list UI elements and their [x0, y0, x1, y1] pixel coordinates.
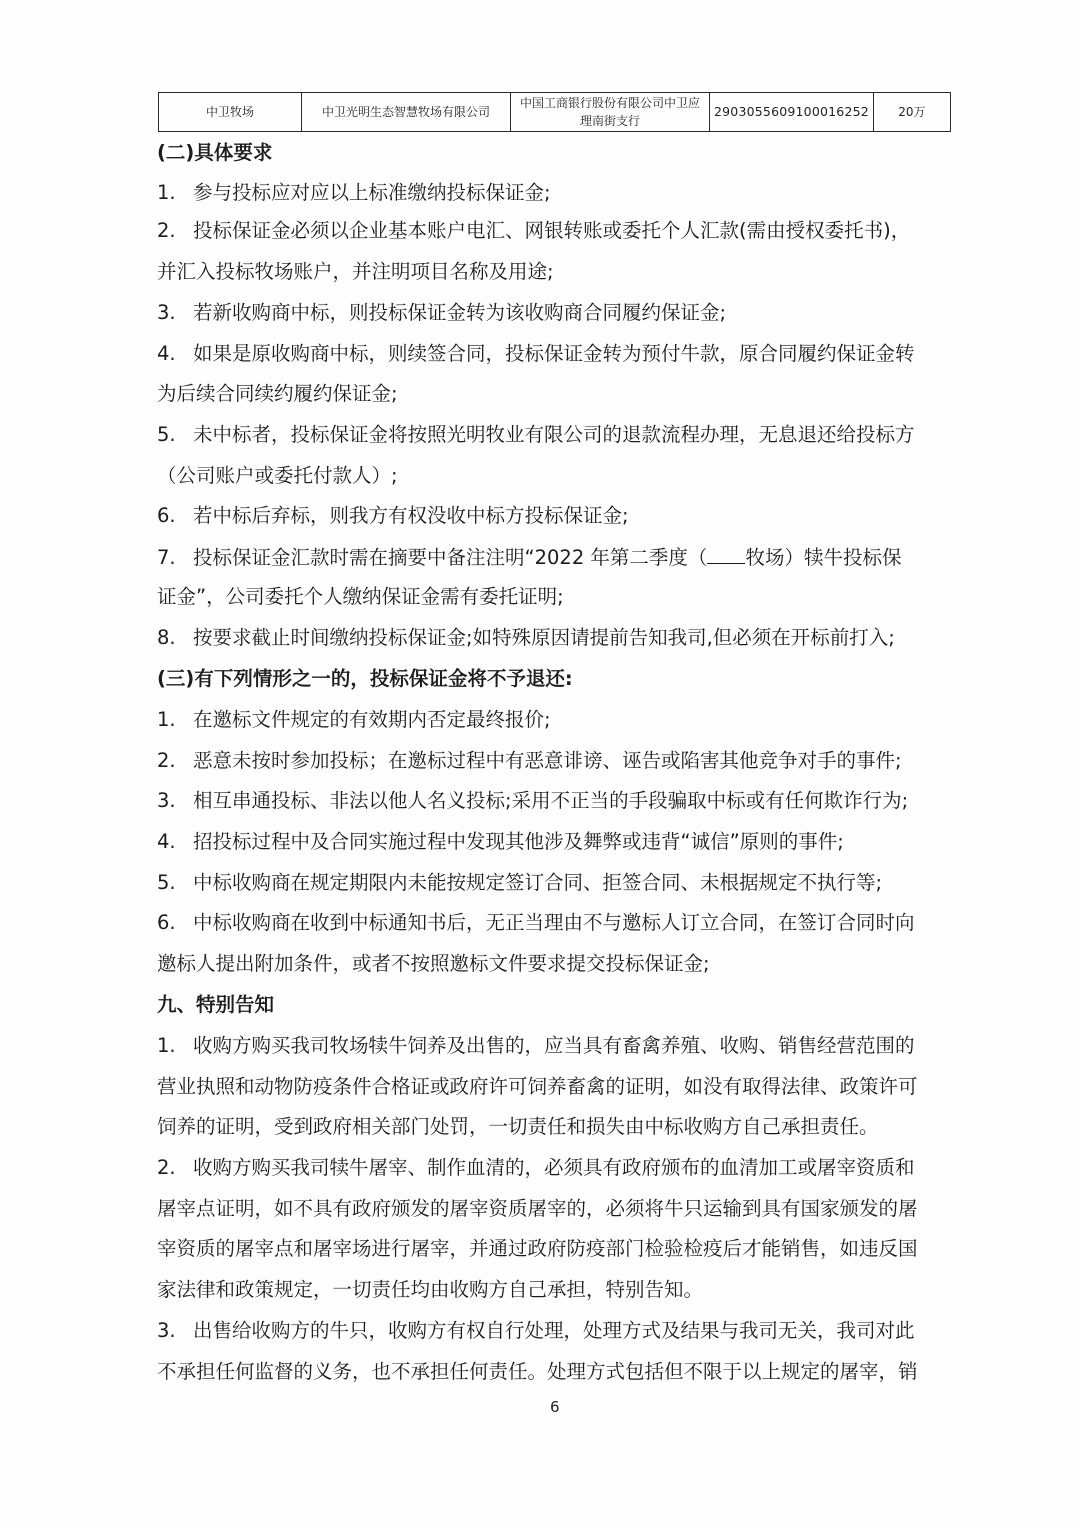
- item-text: 收购方购买我司犊牛屠宰、制作血清的，必须具有政府颁布的血清加工或屠宰资质和: [193, 1156, 915, 1179]
- list-item: 3.若新收购商中标，则投标保证金转为该收购商合同履约保证金;: [157, 301, 726, 325]
- list-item-continuation: 饲养的证明，受到政府相关部门处罚，一切责任和损失由中标收购方自己承担责任。: [157, 1115, 879, 1139]
- item-text: 如果是原收购商中标，则续签合同，投标保证金转为预付牛款，原合同履约保证金转: [193, 342, 915, 365]
- list-item-continuation: 不承担任何监督的义务，也不承担任何责任。处理方式包括但不限于以上规定的屠宰，销: [157, 1360, 918, 1384]
- bank-name-line2: 理南街支行: [515, 112, 705, 130]
- item-text: 收购方购买我司牧场犊牛饲养及出售的，应当具有畜禽养殖、收购、销售经营范围的: [193, 1034, 915, 1057]
- bank-cell: 中国工商银行股份有限公司中卫应 理南街支行: [511, 93, 710, 132]
- item-text: 中标收购商在规定期限内未能按规定签订合同、拒签合同、未根据规定不执行等;: [193, 871, 882, 894]
- item-text: 中标收购商在收到中标通知书后，无正当理由不与邀标人订立合同，在签订合同时向: [193, 911, 915, 934]
- item-number: 6.: [157, 911, 193, 935]
- item-number: 5.: [157, 871, 193, 895]
- item-text: 招投标过程中及合同实施过程中发现其他涉及舞弊或违背“诚信”原则的事件;: [193, 830, 844, 853]
- list-item-continuation: 证金”，公司委托个人缴纳保证金需有委托证明;: [157, 585, 564, 609]
- list-item: 8.按要求截止时间缴纳投标保证金;如特殊原因请提前告知我司,但必须在开标前打入;: [157, 626, 895, 650]
- list-item: 2.收购方购买我司犊牛屠宰、制作血清的，必须具有政府颁布的血清加工或屠宰资质和: [157, 1156, 915, 1180]
- list-item-continuation: 宰资质的屠宰点和屠宰场进行屠宰，并通过政府防疫部门检验检疫后才能销售，如违反国: [157, 1237, 918, 1261]
- list-item: 2.恶意未按时参加投标；在邀标过程中有恶意诽谤、诬告或陷害其他竞争对手的事件;: [157, 749, 902, 773]
- list-item: 3.出售给收购方的牛只，收购方有权自行处理，处理方式及结果与我司无关，我司对此: [157, 1319, 915, 1343]
- item-number: 3.: [157, 789, 193, 813]
- list-item: 4.招投标过程中及合同实施过程中发现其他涉及舞弊或违背“诚信”原则的事件;: [157, 830, 844, 854]
- item-text: 在邀标文件规定的有效期内否定最终报价;: [193, 708, 551, 731]
- page-number: 6: [550, 1398, 560, 1416]
- section-heading: (三)有下列情形之一的，投标保证金将不予退还:: [157, 667, 573, 691]
- item-text: 若新收购商中标，则投标保证金转为该收购商合同履约保证金;: [193, 301, 726, 324]
- item-text: 参与投标应对应以上标准缴纳投标保证金;: [193, 181, 551, 204]
- list-item: 7.投标保证金汇款时需在摘要中备注注明“2022 年第二季度（牧场）犊牛投标保: [157, 545, 901, 570]
- item-number: 1.: [157, 1034, 193, 1058]
- item-text: 相互串通投标、非法以他人名义投标;采用不正当的手段骗取中标或有任何欺诈行为;: [193, 789, 908, 812]
- list-item: 5.未中标者，投标保证金将按照光明牧业有限公司的退款流程办理，无息退还给投标方: [157, 423, 915, 447]
- fill-in-blank: [707, 545, 745, 564]
- item-number: 2.: [157, 1156, 193, 1180]
- item-number: 1.: [157, 181, 193, 205]
- item-number: 5.: [157, 423, 193, 447]
- list-item-continuation: （公司账户或委托付款人）;: [157, 464, 398, 488]
- item-text: 恶意未按时参加投标；在邀标过程中有恶意诽谤、诬告或陷害其他竞争对手的事件;: [193, 749, 902, 772]
- amount-cell: 20万: [873, 93, 950, 132]
- list-item-continuation: 邀标人提出附加条件，或者不按照邀标文件要求提交投标保证金;: [157, 952, 710, 976]
- item-text: 投标保证金必须以企业基本账户电汇、网银转账或委托个人汇款(需由授权委托书)，: [193, 219, 910, 242]
- account-cell: 2903055609100016252: [710, 93, 874, 132]
- item-text: 按要求截止时间缴纳投标保证金;如特殊原因请提前告知我司,但必须在开标前打入;: [193, 626, 895, 649]
- list-item: 1.在邀标文件规定的有效期内否定最终报价;: [157, 708, 551, 732]
- item-number: 4.: [157, 830, 193, 854]
- item-number: 6.: [157, 504, 193, 528]
- bank-account-table: 中卫牧场 中卫光明生态智慧牧场有限公司 中国工商银行股份有限公司中卫应 理南街支…: [158, 92, 951, 132]
- item-text: 牧场）犊牛投标保: [745, 546, 901, 569]
- item-number: 2.: [157, 749, 193, 773]
- list-item: 1.收购方购买我司牧场犊牛饲养及出售的，应当具有畜禽养殖、收购、销售经营范围的: [157, 1034, 915, 1058]
- list-item-continuation: 家法律和政策规定，一切责任均由收购方自己承担，特别告知。: [157, 1278, 703, 1302]
- bank-name-line1: 中国工商银行股份有限公司中卫应: [515, 94, 705, 112]
- list-item: 4.如果是原收购商中标，则续签合同，投标保证金转为预付牛款，原合同履约保证金转: [157, 342, 915, 366]
- item-number: 7.: [157, 546, 193, 570]
- farm-cell: 中卫牧场: [159, 93, 302, 132]
- table-row: 中卫牧场 中卫光明生态智慧牧场有限公司 中国工商银行股份有限公司中卫应 理南街支…: [159, 93, 951, 132]
- item-number: 3.: [157, 1319, 193, 1343]
- list-item: 5.中标收购商在规定期限内未能按规定签订合同、拒签合同、未根据规定不执行等;: [157, 871, 882, 895]
- list-item-continuation: 为后续合同续约履约保证金;: [157, 382, 398, 406]
- item-number: 8.: [157, 626, 193, 650]
- item-text: 若中标后弃标，则我方有权没收中标方投标保证金;: [193, 504, 629, 527]
- list-item-continuation: 并汇入投标牧场账户，并注明项目名称及用途;: [157, 260, 554, 284]
- item-number: 3.: [157, 301, 193, 325]
- company-cell: 中卫光明生态智慧牧场有限公司: [302, 93, 511, 132]
- section-heading: 九、特别告知: [157, 993, 274, 1017]
- item-number: 4.: [157, 342, 193, 366]
- item-text: 投标保证金汇款时需在摘要中备注注明“2022 年第二季度（: [193, 546, 707, 569]
- item-number: 1.: [157, 708, 193, 732]
- list-item: 1.参与投标应对应以上标准缴纳投标保证金;: [157, 181, 551, 205]
- item-text: 未中标者，投标保证金将按照光明牧业有限公司的退款流程办理，无息退还给投标方: [193, 423, 915, 446]
- list-item: 3.相互串通投标、非法以他人名义投标;采用不正当的手段骗取中标或有任何欺诈行为;: [157, 789, 908, 813]
- list-item-continuation: 营业执照和动物防疫条件合格证或政府许可饲养畜禽的证明，如没有取得法律、政策许可: [157, 1075, 918, 1099]
- list-item: 6.中标收购商在收到中标通知书后，无正当理由不与邀标人订立合同，在签订合同时向: [157, 911, 915, 935]
- list-item: 6.若中标后弃标，则我方有权没收中标方投标保证金;: [157, 504, 629, 528]
- section-heading: (二)具体要求: [157, 141, 272, 165]
- item-text: 出售给收购方的牛只，收购方有权自行处理，处理方式及结果与我司无关，我司对此: [193, 1319, 915, 1342]
- list-item: 2.投标保证金必须以企业基本账户电汇、网银转账或委托个人汇款(需由授权委托书)，: [157, 219, 910, 243]
- list-item-continuation: 屠宰点证明，如不具有政府颁发的屠宰资质屠宰的，必须将牛只运输到具有国家颁发的屠: [157, 1197, 918, 1221]
- item-number: 2.: [157, 219, 193, 243]
- document-page: 中卫牧场 中卫光明生态智慧牧场有限公司 中国工商银行股份有限公司中卫应 理南街支…: [0, 0, 1080, 1528]
